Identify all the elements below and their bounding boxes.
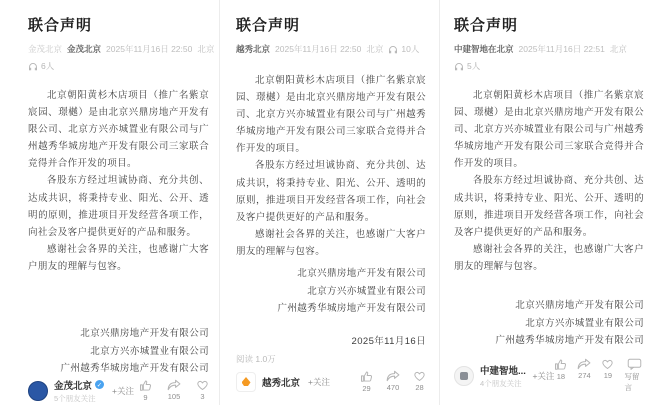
share-count: 274: [578, 371, 591, 380]
headphone-icon: [28, 62, 38, 71]
favorite-button[interactable]: 28: [413, 370, 426, 393]
avatar[interactable]: [236, 372, 256, 392]
account-name[interactable]: 中建智地...: [480, 363, 524, 377]
post-card-jinmao: 联合声明 金茂北京 金茂北京 2025年11月16日 22:50 北京 6人 北…: [0, 0, 220, 405]
read-count: 阅读 1.0万: [236, 353, 426, 365]
byline: 越秀北京 2025年11月16日 22:50 北京 10人: [236, 43, 426, 55]
signature-block: 北京兴鼎房地产开发有限公司 北京方兴亦城置业有限公司 广州越秀华城房地产开发有限…: [28, 325, 209, 378]
friends-follow-note: 5个朋友关注: [54, 393, 104, 404]
signature-line: 广州越秀华城房地产开发有限公司: [28, 360, 209, 378]
author-name: 金茂北京: [28, 43, 62, 55]
account-meta: 中建智地... 4个朋友关注: [480, 363, 524, 389]
account-bar: 金茂北京 ✓ 5个朋友关注 +关注 9 105: [28, 378, 209, 404]
account-bar: 越秀北京 +关注 29 470 28: [236, 370, 426, 393]
account-meta: 金茂北京 ✓ 5个朋友关注: [54, 378, 104, 404]
account-link[interactable]: 金茂北京: [67, 43, 101, 55]
heart-icon: [196, 379, 209, 391]
action-bar: 29 470 28: [360, 370, 426, 393]
page-title: 联合声明: [236, 14, 426, 35]
byline: 金茂北京 金茂北京 2025年11月16日 22:50 北京: [28, 43, 209, 55]
paragraph: 各股东方经过坦诚协商、充分共创、达成共识，将秉持专业、阳光、公开、透明的原则，推…: [454, 172, 644, 240]
statement-body: 北京朝阳黄杉木店项目（推广名紫京宸园、璟樾）是由北京兴鼎房地产开发有限公司、北京…: [28, 87, 209, 275]
share-button[interactable]: 105: [167, 379, 181, 402]
paragraph: 北京朝阳黄杉木店项目（推广名紫京宸园、璟樾）是由北京兴鼎房地产开发有限公司、北京…: [28, 87, 209, 172]
listeners-row: 6人: [28, 60, 209, 72]
like-count: 29: [362, 384, 370, 393]
post-card-zhongjian: 联合声明 中建智地在北京 2025年11月16日 22:51 北京 5人 北京朝…: [440, 0, 660, 405]
signature-line: 北京方兴亦城置业有限公司: [28, 343, 209, 361]
share-button[interactable]: 470: [386, 370, 400, 393]
share-count: 105: [168, 392, 181, 401]
paragraph: 各股东方经过坦诚协商、充分共创、达成共识，将秉持专业、阳光、公开、透明的原则，推…: [28, 172, 209, 240]
byline: 中建智地在北京 2025年11月16日 22:51 北京: [454, 43, 644, 55]
signature-line: 北京兴鼎房地产开发有限公司: [28, 325, 209, 343]
signature-line: 广州越秀华城房地产开发有限公司: [236, 300, 426, 318]
statement-body: 北京朝阳黄杉木店项目（推广名紫京宸园、璟樾）是由北京兴鼎房地产开发有限公司、北京…: [236, 72, 426, 260]
heart-icon: [601, 358, 614, 370]
follow-button[interactable]: +关注: [308, 376, 330, 388]
account-link[interactable]: 越秀北京: [236, 43, 270, 55]
share-arrow-icon: [577, 358, 591, 370]
headphone-icon: [388, 45, 398, 54]
share-count: 470: [387, 383, 400, 392]
signature-line: 北京方兴亦城置业有限公司: [236, 283, 426, 301]
like-count: 9: [143, 393, 147, 402]
signature-block: 北京兴鼎房地产开发有限公司 北京方兴亦城置业有限公司 广州越秀华城房地产开发有限…: [236, 265, 426, 318]
thumbs-up-icon: [139, 379, 152, 392]
paragraph: 感谢社会各界的关注，也感谢广大客户朋友的理解与包容。: [28, 241, 209, 275]
paragraph: 北京朝阳黄杉木店项目（推广名紫京宸园、璟樾）是由北京兴鼎房地产开发有限公司、北京…: [454, 87, 644, 172]
avatar[interactable]: [28, 381, 48, 401]
statement-body: 北京朝阳黄杉木店项目（推广名紫京宸园、璟樾）是由北京兴鼎房地产开发有限公司、北京…: [454, 87, 644, 275]
publish-datetime: 2025年11月16日 22:50: [275, 43, 361, 55]
verified-badge-icon: ✓: [95, 380, 104, 389]
signature-line: 广州越秀华城房地产开发有限公司: [454, 332, 644, 350]
action-bar: 9 105 3: [139, 379, 209, 402]
thumbs-up-icon: [360, 370, 373, 383]
account-bar: 中建智地... 4个朋友关注 +关注 18 274: [454, 358, 644, 393]
signature-line: 北京兴鼎房地产开发有限公司: [454, 297, 644, 315]
paragraph: 各股东方经过坦诚协商、充分共创、达成共识，将秉持专业、阳光、公开、透明的原则，推…: [236, 157, 426, 225]
share-button[interactable]: 274: [577, 358, 591, 393]
signature-line: 北京兴鼎房地产开发有限公司: [236, 265, 426, 283]
comment-label: 写留言: [624, 371, 644, 393]
page-title: 联合声明: [454, 14, 644, 35]
favorite-count: 3: [200, 392, 204, 401]
publish-datetime: 2025年11月16日 22:51: [519, 43, 605, 55]
heart-icon: [413, 370, 426, 382]
joint-statement-board: 联合声明 金茂北京 金茂北京 2025年11月16日 22:50 北京 6人 北…: [0, 0, 660, 405]
follow-button[interactable]: +关注: [112, 385, 134, 397]
comment-bubble-icon: [627, 358, 642, 370]
action-bar: 18 274 19 写留言: [554, 358, 644, 393]
listeners-count: 10人: [401, 43, 419, 55]
signature-block: 北京兴鼎房地产开发有限公司 北京方兴亦城置业有限公司 广州越秀华城房地产开发有限…: [454, 297, 644, 350]
follow-button[interactable]: +关注: [532, 370, 554, 382]
friends-follow-note: 4个朋友关注: [480, 378, 524, 389]
publish-location: 北京: [366, 43, 383, 55]
paragraph: 感谢社会各界的关注，也感谢广大客户朋友的理解与包容。: [454, 241, 644, 275]
account-link[interactable]: 中建智地在北京: [454, 43, 514, 55]
listeners-count: 5人: [467, 60, 480, 72]
publish-datetime: 2025年11月16日 22:50: [106, 43, 192, 55]
account-name[interactable]: 金茂北京 ✓: [54, 378, 104, 392]
like-button[interactable]: 9: [139, 379, 152, 402]
favorite-count: 28: [415, 383, 423, 392]
like-button[interactable]: 18: [554, 358, 567, 393]
paragraph: 北京朝阳黄杉木店项目（推广名紫京宸园、璟樾）是由北京兴鼎房地产开发有限公司、北京…: [236, 72, 426, 157]
paragraph: 感谢社会各界的关注，也感谢广大客户朋友的理解与包容。: [236, 226, 426, 260]
share-arrow-icon: [167, 379, 181, 391]
listeners-row: 10人: [388, 43, 419, 55]
statement-date: 2025年11月16日: [236, 333, 426, 347]
listeners-count: 6人: [41, 60, 54, 72]
listeners-row: 5人: [454, 60, 644, 72]
like-count: 18: [557, 372, 565, 381]
account-meta: 越秀北京: [262, 375, 300, 389]
favorite-button[interactable]: 3: [196, 379, 209, 402]
page-title: 联合声明: [28, 14, 209, 35]
comment-button[interactable]: 写留言: [624, 358, 644, 393]
favorite-count: 19: [604, 371, 612, 380]
post-card-yuexiu: 联合声明 越秀北京 2025年11月16日 22:50 北京 10人 北京朝阳黄…: [220, 0, 440, 405]
thumbs-up-icon: [554, 358, 567, 371]
publish-location: 北京: [197, 43, 214, 55]
favorite-button[interactable]: 19: [601, 358, 614, 393]
signature-line: 北京方兴亦城置业有限公司: [454, 315, 644, 333]
publish-location: 北京: [610, 43, 627, 55]
account-name[interactable]: 越秀北京: [262, 375, 300, 389]
like-button[interactable]: 29: [360, 370, 373, 393]
headphone-icon: [454, 62, 464, 71]
share-arrow-icon: [386, 370, 400, 382]
avatar[interactable]: [454, 366, 474, 386]
